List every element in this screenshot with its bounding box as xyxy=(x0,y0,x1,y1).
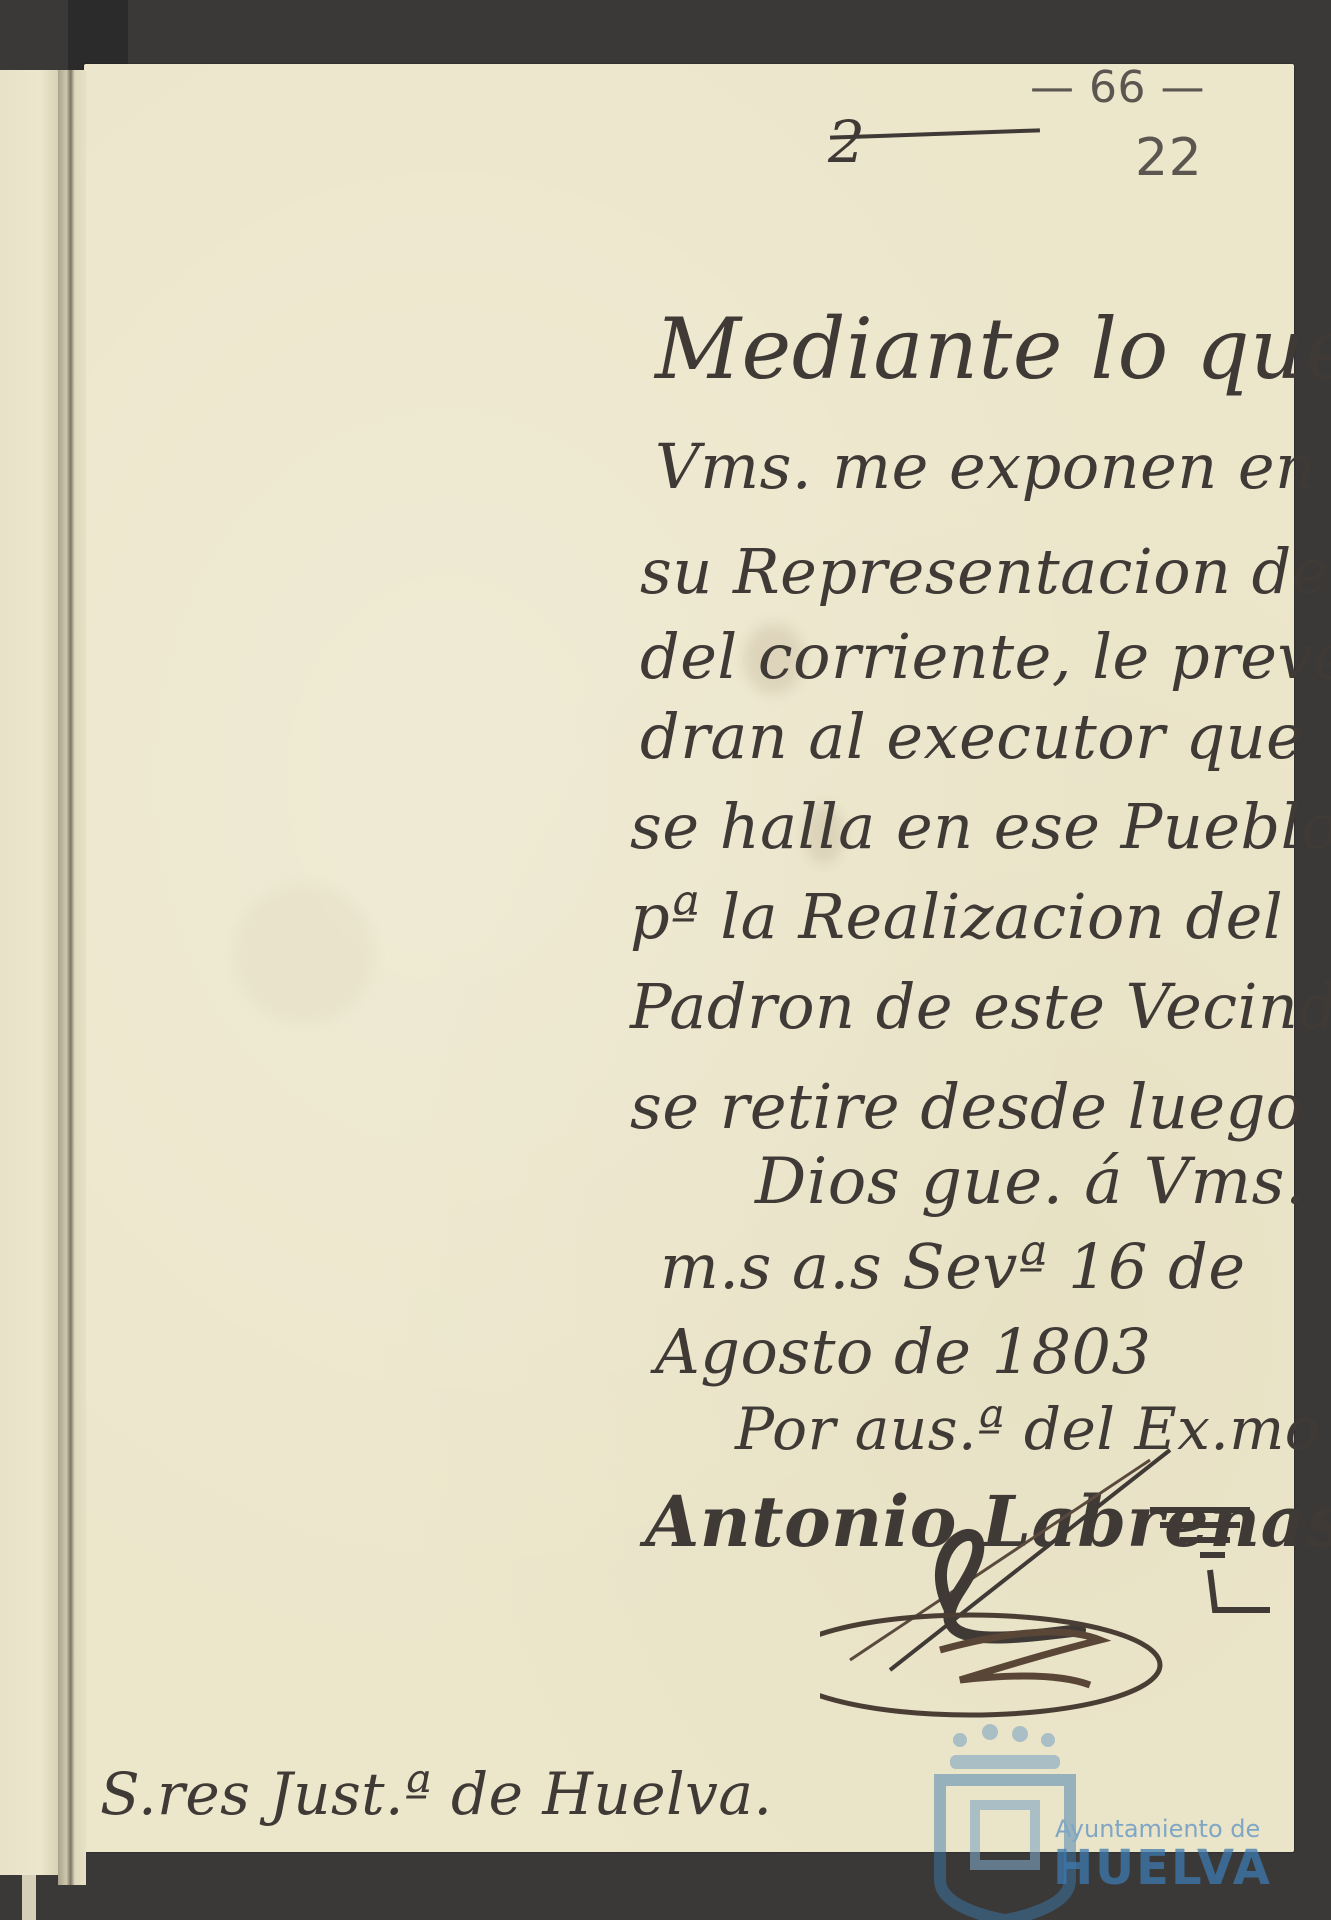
body-line-7: pª la Realizacion del xyxy=(630,880,1283,953)
watermark-ayuntamiento: Ayuntamiento de xyxy=(1055,1815,1260,1843)
addressee-line: S.res Just.ª de Huelva. xyxy=(100,1760,772,1828)
signature-rubric-flourish xyxy=(820,1440,1280,1720)
body-line-6: se halla en ese Pueblo xyxy=(630,790,1331,863)
facing-page-edge xyxy=(0,70,58,1875)
body-line-4: del corriente, le preven- xyxy=(640,620,1331,693)
body-line-5: dran al executor que xyxy=(640,700,1303,773)
date-place-line: m.s a.s Sevª 16 de xyxy=(660,1230,1246,1303)
archive-number-top: — 66 — xyxy=(1030,62,1205,113)
archive-number-bottom: 22 xyxy=(1135,128,1202,188)
body-line-9: se retire desde luego xyxy=(630,1070,1304,1143)
body-line-8: Padron de este Vecindº, q.e xyxy=(630,970,1331,1043)
closing-salutation: Dios gue. á Vms. xyxy=(755,1145,1306,1219)
date-year-line: Agosto de 1803 xyxy=(655,1315,1151,1388)
body-line-2: Vms. me exponen en xyxy=(655,430,1316,503)
binding-strip xyxy=(22,1875,36,1920)
body-line-1: Mediante lo que xyxy=(655,300,1331,398)
folio-mark: 2 xyxy=(828,108,865,176)
watermark-huelva: HUELVA xyxy=(1053,1840,1272,1896)
book-gutter xyxy=(58,70,86,1885)
body-line-3: su Representacion de 4 xyxy=(640,535,1331,608)
paper-stain xyxy=(234,884,374,1024)
